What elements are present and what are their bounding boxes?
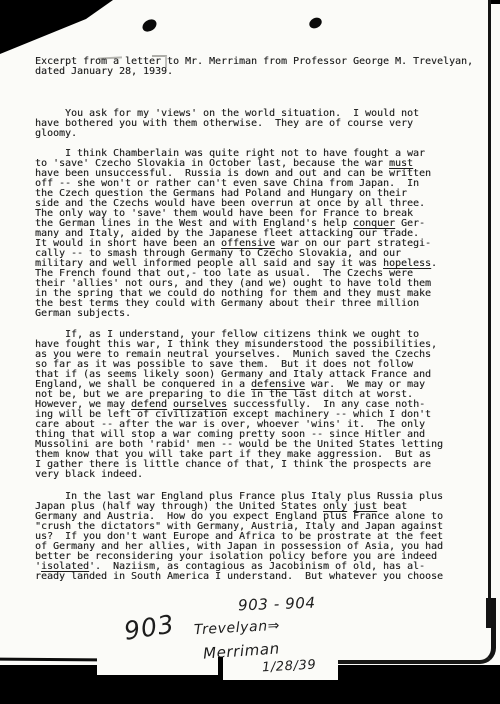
ink-dot xyxy=(140,17,159,34)
arrow-icon: ⇒ xyxy=(267,618,280,635)
annotation-date: 1/28/39 xyxy=(262,658,317,676)
paragraph-2: I think Chamberlain was quite right not … xyxy=(35,149,437,319)
text-line: have bothered you with them otherwise. T… xyxy=(35,119,419,129)
text-line: German subjects. xyxy=(35,309,437,319)
scanned-letter-page: Excerpt from a letter to Mr. Merriman fr… xyxy=(0,0,500,704)
page-edge-line xyxy=(488,0,491,602)
text-line: dated January 28, 1939. xyxy=(35,67,473,77)
scan-corner-fold-artifact xyxy=(0,0,116,55)
annotation-sender: Trevelyan⇒ xyxy=(194,618,281,638)
annotation-page-number: 903 xyxy=(122,609,177,646)
text-line: gloomy. xyxy=(35,129,419,139)
page-bottom-edge-line xyxy=(0,658,97,662)
text-line: ready landed in South America I understa… xyxy=(35,572,443,582)
letter-heading: Excerpt from a letter to Mr. Merriman fr… xyxy=(35,57,473,77)
annotation-pages-range: 903 - 904 xyxy=(238,594,316,615)
paragraph-3: If, as I understand, your fellow citizen… xyxy=(35,330,443,480)
annotation-sender-name: Trevelyan xyxy=(194,618,269,638)
paragraph-1: You ask for my 'views' on the world situ… xyxy=(35,109,419,139)
text-line: very black indeed. xyxy=(35,470,443,480)
sheet-corner-outline xyxy=(338,598,496,664)
paragraph-4: In the last war England plus France plus… xyxy=(35,492,443,582)
ink-dot xyxy=(307,16,323,31)
